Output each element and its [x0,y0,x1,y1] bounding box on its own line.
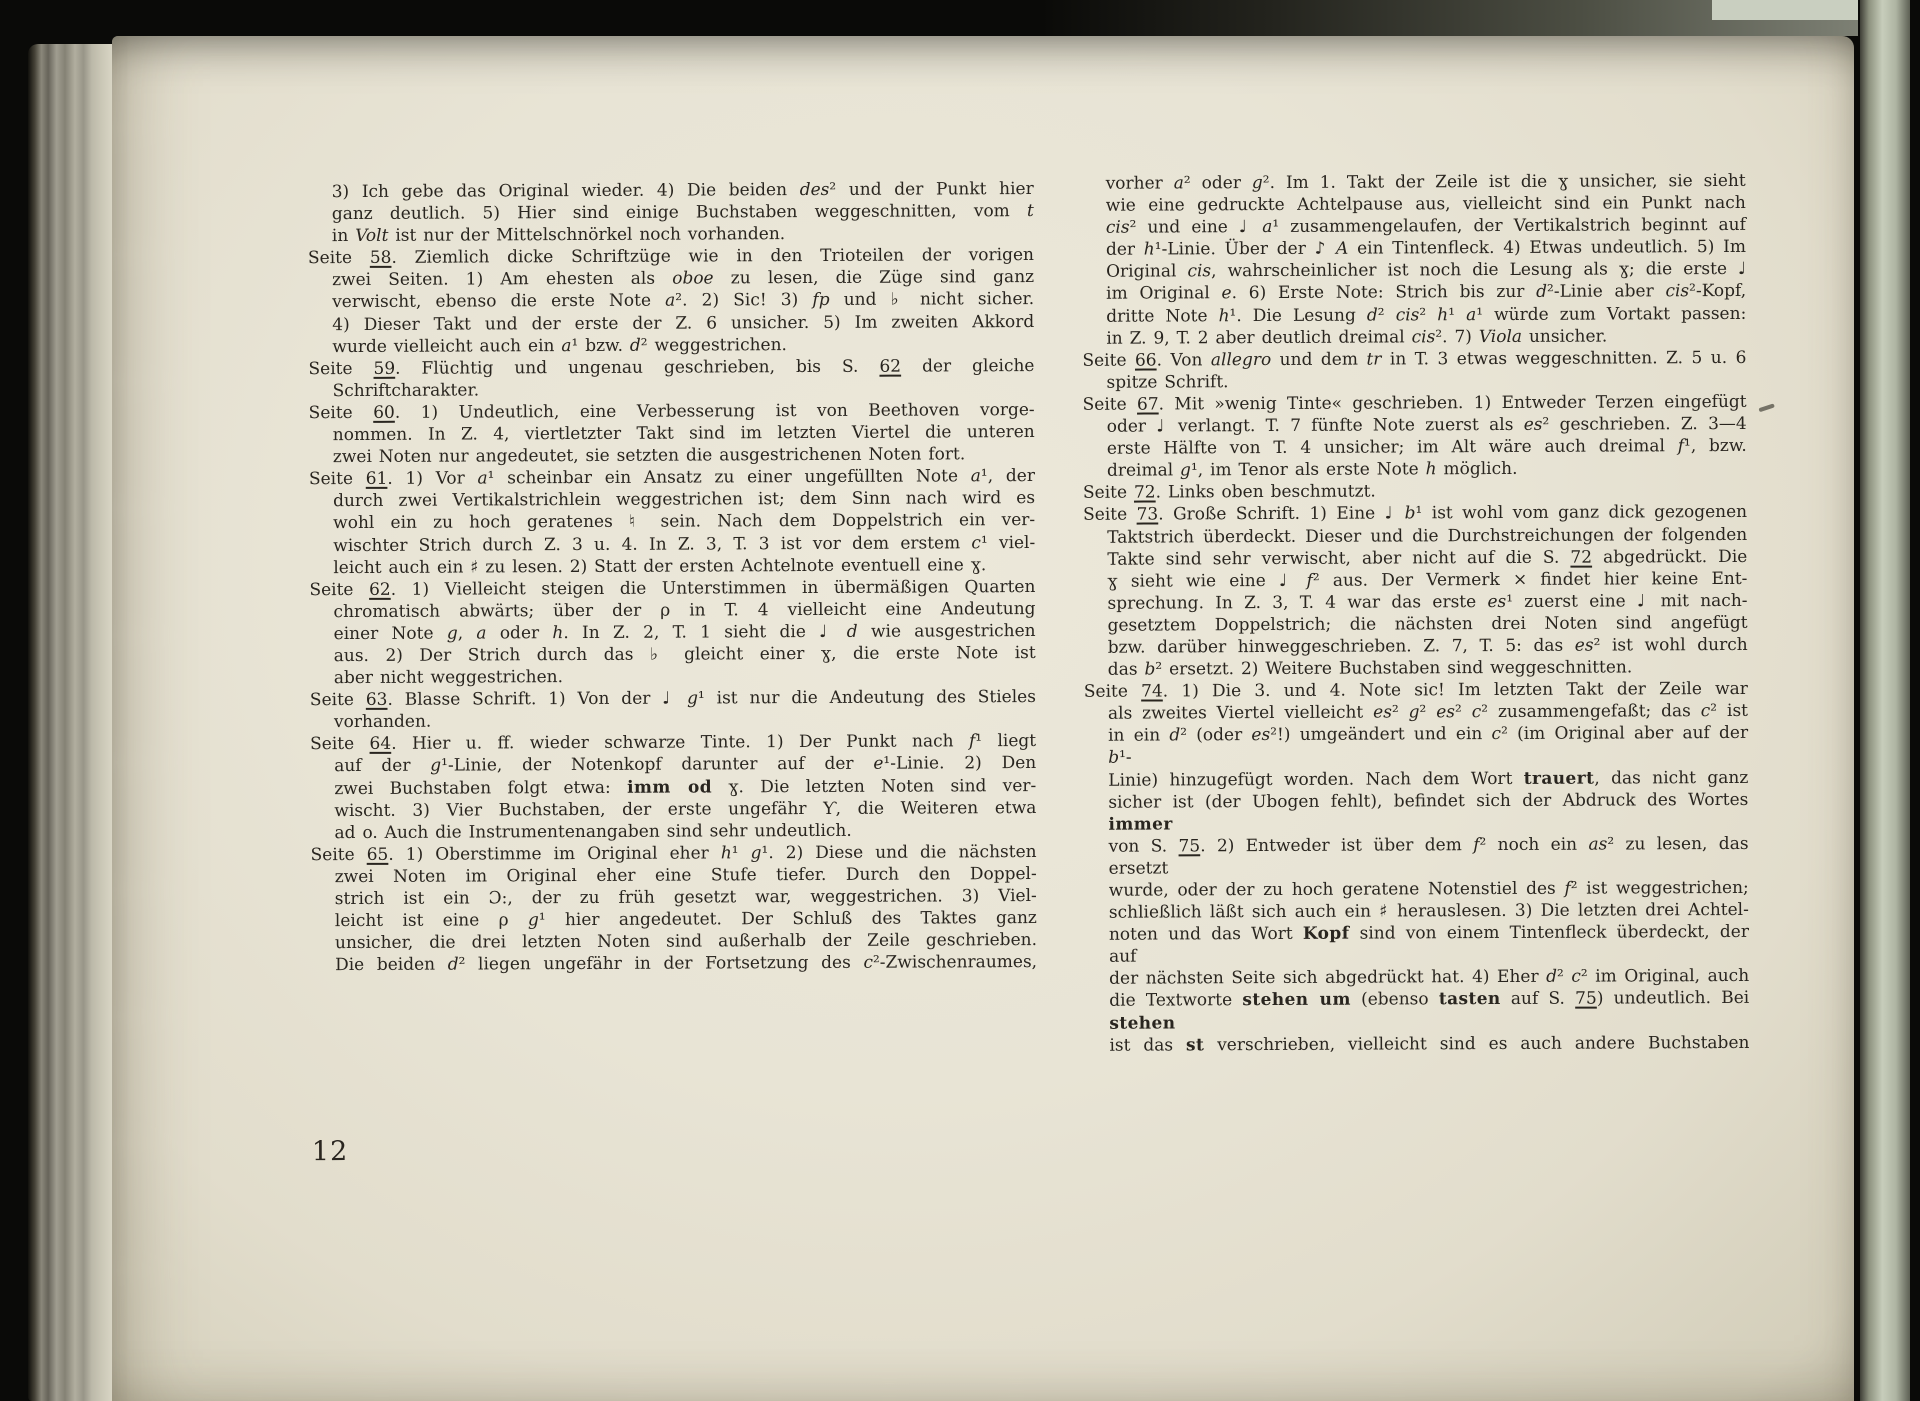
text-line: Seite 59. Flüchtig und ungenau geschrieb… [308,355,1034,380]
text-line: Seite 61. 1) Vor a¹ scheinbar ein Ansatz… [309,465,1035,490]
text-line: dritte Note h¹. Die Lesung d² cis² h¹ a¹… [1082,302,1746,327]
text-line: Seite 67. Mit »wenig Tinte« geschrieben.… [1083,391,1747,416]
text-line: der nächsten Seite sich abgedrückt hat. … [1085,965,1749,990]
text-line: leicht auch ein ♯ zu lesen. 2) Statt der… [309,554,1035,579]
text-line: zwei Noten nur angedeutet, sie setzten d… [309,443,1035,468]
commentary-entry: Seite 62. 1) Vielleicht steigen die Unte… [309,576,1035,690]
text-line: zwei Seiten. 1) Am ehesten als oboe zu l… [308,266,1034,291]
page-content: 3) Ich gebe das Original wieder. 4) Die … [109,31,1857,1401]
text-line: bzw. darüber hinweggeschrieben. Z. 7, T.… [1084,634,1748,659]
text-line: Linie) hinzugefügt worden. Nach dem Wort… [1084,766,1748,791]
text-line: Seite 66. Von allegro und dem tr in T. 3… [1082,347,1746,372]
fore-edge-right [1860,0,1910,1401]
text-line: erste Hälfte von T. 4 unsicher; im Alt w… [1083,435,1747,460]
text-line: der h¹-Linie. Über der ♪ A ein Tintenfle… [1082,236,1746,261]
text-line: 3) Ich gebe das Original wieder. 4) Die … [308,178,1034,203]
text-line: Seite 60. 1) Undeutlich, eine Verbesseru… [309,399,1035,424]
text-line: ist das st verschrieben, vielleicht sind… [1085,1032,1749,1057]
text-line: ɣ sieht wie eine ♩ f² aus. Der Vermerk ×… [1083,568,1747,593]
text-line: wie eine gedruckte Achtelpause aus, viel… [1082,192,1746,217]
text-line: in Volt ist nur der Mittelschnörkel noch… [308,222,1034,247]
text-line: vorhanden. [310,708,1036,733]
text-line: Takte sind sehr verwischt, aber nicht au… [1083,545,1747,570]
text-line: Taktstrich überdeckt. Dieser und die Dur… [1083,523,1747,548]
text-line: wurde vielleicht auch ein a¹ bzw. d² weg… [308,333,1034,358]
text-line: in Z. 9, T. 2 aber deutlich dreimal cis²… [1082,325,1746,350]
commentary-entry: Seite 73. Große Schrift. 1) Eine ♩ b¹ is… [1083,501,1748,681]
text-line: als zweites Viertel vielleicht es² g² es… [1084,700,1748,725]
text-line: spitze Schrift. [1082,369,1746,394]
text-line: strich ist ein Ɔ:, der zu früh gesetzt w… [311,885,1037,910]
text-line: auf der g¹-Linie, der Notenkopf darunter… [310,752,1036,777]
text-line: zwei Noten im Original eher eine Stufe t… [311,863,1037,888]
text-line: aus. 2) Der Strich durch das ♭ gleicht e… [310,642,1036,667]
commentary-entry: Seite 65. 1) Oberstimme im Original eher… [311,841,1038,977]
text-line: sprechung. In Z. 3, T. 4 war das erste e… [1083,590,1747,615]
text-line: Seite 58. Ziemlich dicke Schriftzüge wie… [308,244,1034,269]
text-line: ganz deutlich. 5) Hier sind einige Buchs… [308,200,1034,225]
text-line: wurde, oder der zu hoch geratene Notenst… [1085,877,1749,902]
text-line: gesetztem Doppelstrich; die nächsten dre… [1084,612,1748,637]
commentary-entry: Seite 59. Flüchtig und ungenau geschrieb… [308,355,1034,402]
text-line: zwei Buchstaben folgt etwa: imm od ɣ. Di… [310,775,1036,800]
commentary-entry: Seite 74. 1) Die 3. und 4. Note sic! Im … [1084,678,1750,1056]
text-line: Seite 64. Hier u. ff. wieder schwarze Ti… [310,730,1036,755]
text-line: noten und das Wort Kopf sind von einem T… [1085,921,1749,968]
text-line: nommen. In Z. 4, viertletzter Takt sind … [309,421,1035,446]
text-line: durch zwei Vertikalstrichlein weggestric… [309,487,1035,512]
text-line: von S. 75. 2) Entweder ist über dem f² n… [1085,833,1749,880]
stacked-page-edges-left [28,44,112,1401]
text-line: Schriftcharakter. [309,377,1035,402]
commentary-entry: Seite 58. Ziemlich dicke Schriftzüge wie… [308,244,1034,358]
text-line: sicher ist (der Ubogen fehlt), befindet … [1084,789,1748,836]
text-line: chromatisch abwärts; über der ρ in T. 4 … [309,598,1035,623]
text-line: vorher a² oder g². Im 1. Takt der Zeile … [1082,170,1746,195]
commentary-entry: Seite 72. Links oben beschmutzt. [1083,479,1747,504]
text-line: einer Note g, a oder h. In Z. 2, T. 1 si… [310,620,1036,645]
commentary-entry: vorher a² oder g². Im 1. Takt der Zeile … [1082,170,1747,350]
text-line: wohl ein zu hoch geratenes ♮ sein. Nach … [309,509,1035,534]
text-line: die Textworte stehen um (ebenso tasten a… [1085,987,1749,1034]
commentary-entry: 3) Ich gebe das Original wieder. 4) Die … [308,178,1034,247]
text-line: aber nicht weggestrichen. [310,664,1036,689]
text-line: in ein d² (oder es²!) umgeändert und ein… [1084,722,1748,769]
text-line: 4) Dieser Takt und der erste der Z. 6 un… [308,311,1034,336]
text-line: ad o. Auch die Instrumentenangaben sind … [310,819,1036,844]
commentary-entry: Seite 60. 1) Undeutlich, eine Verbesseru… [309,399,1035,468]
left-column: 3) Ich gebe das Original wieder. 4) Die … [308,178,1037,977]
text-line: schließlich läßt sich auch ein ♯ herausl… [1085,899,1749,924]
text-line: Seite 73. Große Schrift. 1) Eine ♩ b¹ is… [1083,501,1747,526]
text-line: im Original e. 6) Erste Note: Strich bis… [1082,280,1746,305]
text-line: Original cis, wahrscheinlicher ist noch … [1082,258,1746,283]
text-line: Die beiden d² liegen ungefähr in der For… [311,951,1037,976]
commentary-entry: Seite 67. Mit »wenig Tinte« geschrieben.… [1083,391,1747,482]
text-line: cis² und eine ♩ a¹ zusammengelaufen, der… [1082,214,1746,239]
text-line: wischt. 3) Vier Buchstaben, der erste un… [310,797,1036,822]
text-line: oder ♩ verlangt. T. 7 fünfte Note zuerst… [1083,413,1747,438]
text-line: Seite 65. 1) Oberstimme im Original eher… [311,841,1037,866]
ink-speck-artifact [1758,403,1774,412]
text-line: verwischt, ebenso die erste Note a². 2) … [308,288,1034,313]
text-line: Seite 63. Blasse Schrift. 1) Von der ♩ g… [310,686,1036,711]
commentary-entry: Seite 64. Hier u. ff. wieder schwarze Ti… [310,730,1036,844]
commentary-entry: Seite 61. 1) Vor a¹ scheinbar ein Ansatz… [309,465,1035,579]
commentary-entry: Seite 63. Blasse Schrift. 1) Von der ♩ g… [310,686,1036,733]
book-top-corner-edge [1712,0,1858,20]
text-line: das b² ersetzt. 2) Weitere Buchstaben si… [1084,656,1748,681]
text-line: unsicher, die drei letzten Noten sind au… [311,929,1037,954]
page-number: 12 [312,1136,348,1167]
right-column: vorher a² oder g². Im 1. Takt der Zeile … [1082,170,1750,1057]
text-line: leicht ist eine ρ g¹ hier angedeutet. De… [311,907,1037,932]
text-line: Seite 72. Links oben beschmutzt. [1083,479,1747,504]
text-line: dreimal g¹, im Tenor als erste Note h mö… [1083,457,1747,482]
text-line: wischter Strich durch Z. 3 u. 4. In Z. 3… [309,532,1035,557]
commentary-entry: Seite 66. Von allegro und dem tr in T. 3… [1082,347,1746,394]
text-line: Seite 74. 1) Die 3. und 4. Note sic! Im … [1084,678,1748,703]
text-line: Seite 62. 1) Vielleicht steigen die Unte… [309,576,1035,601]
